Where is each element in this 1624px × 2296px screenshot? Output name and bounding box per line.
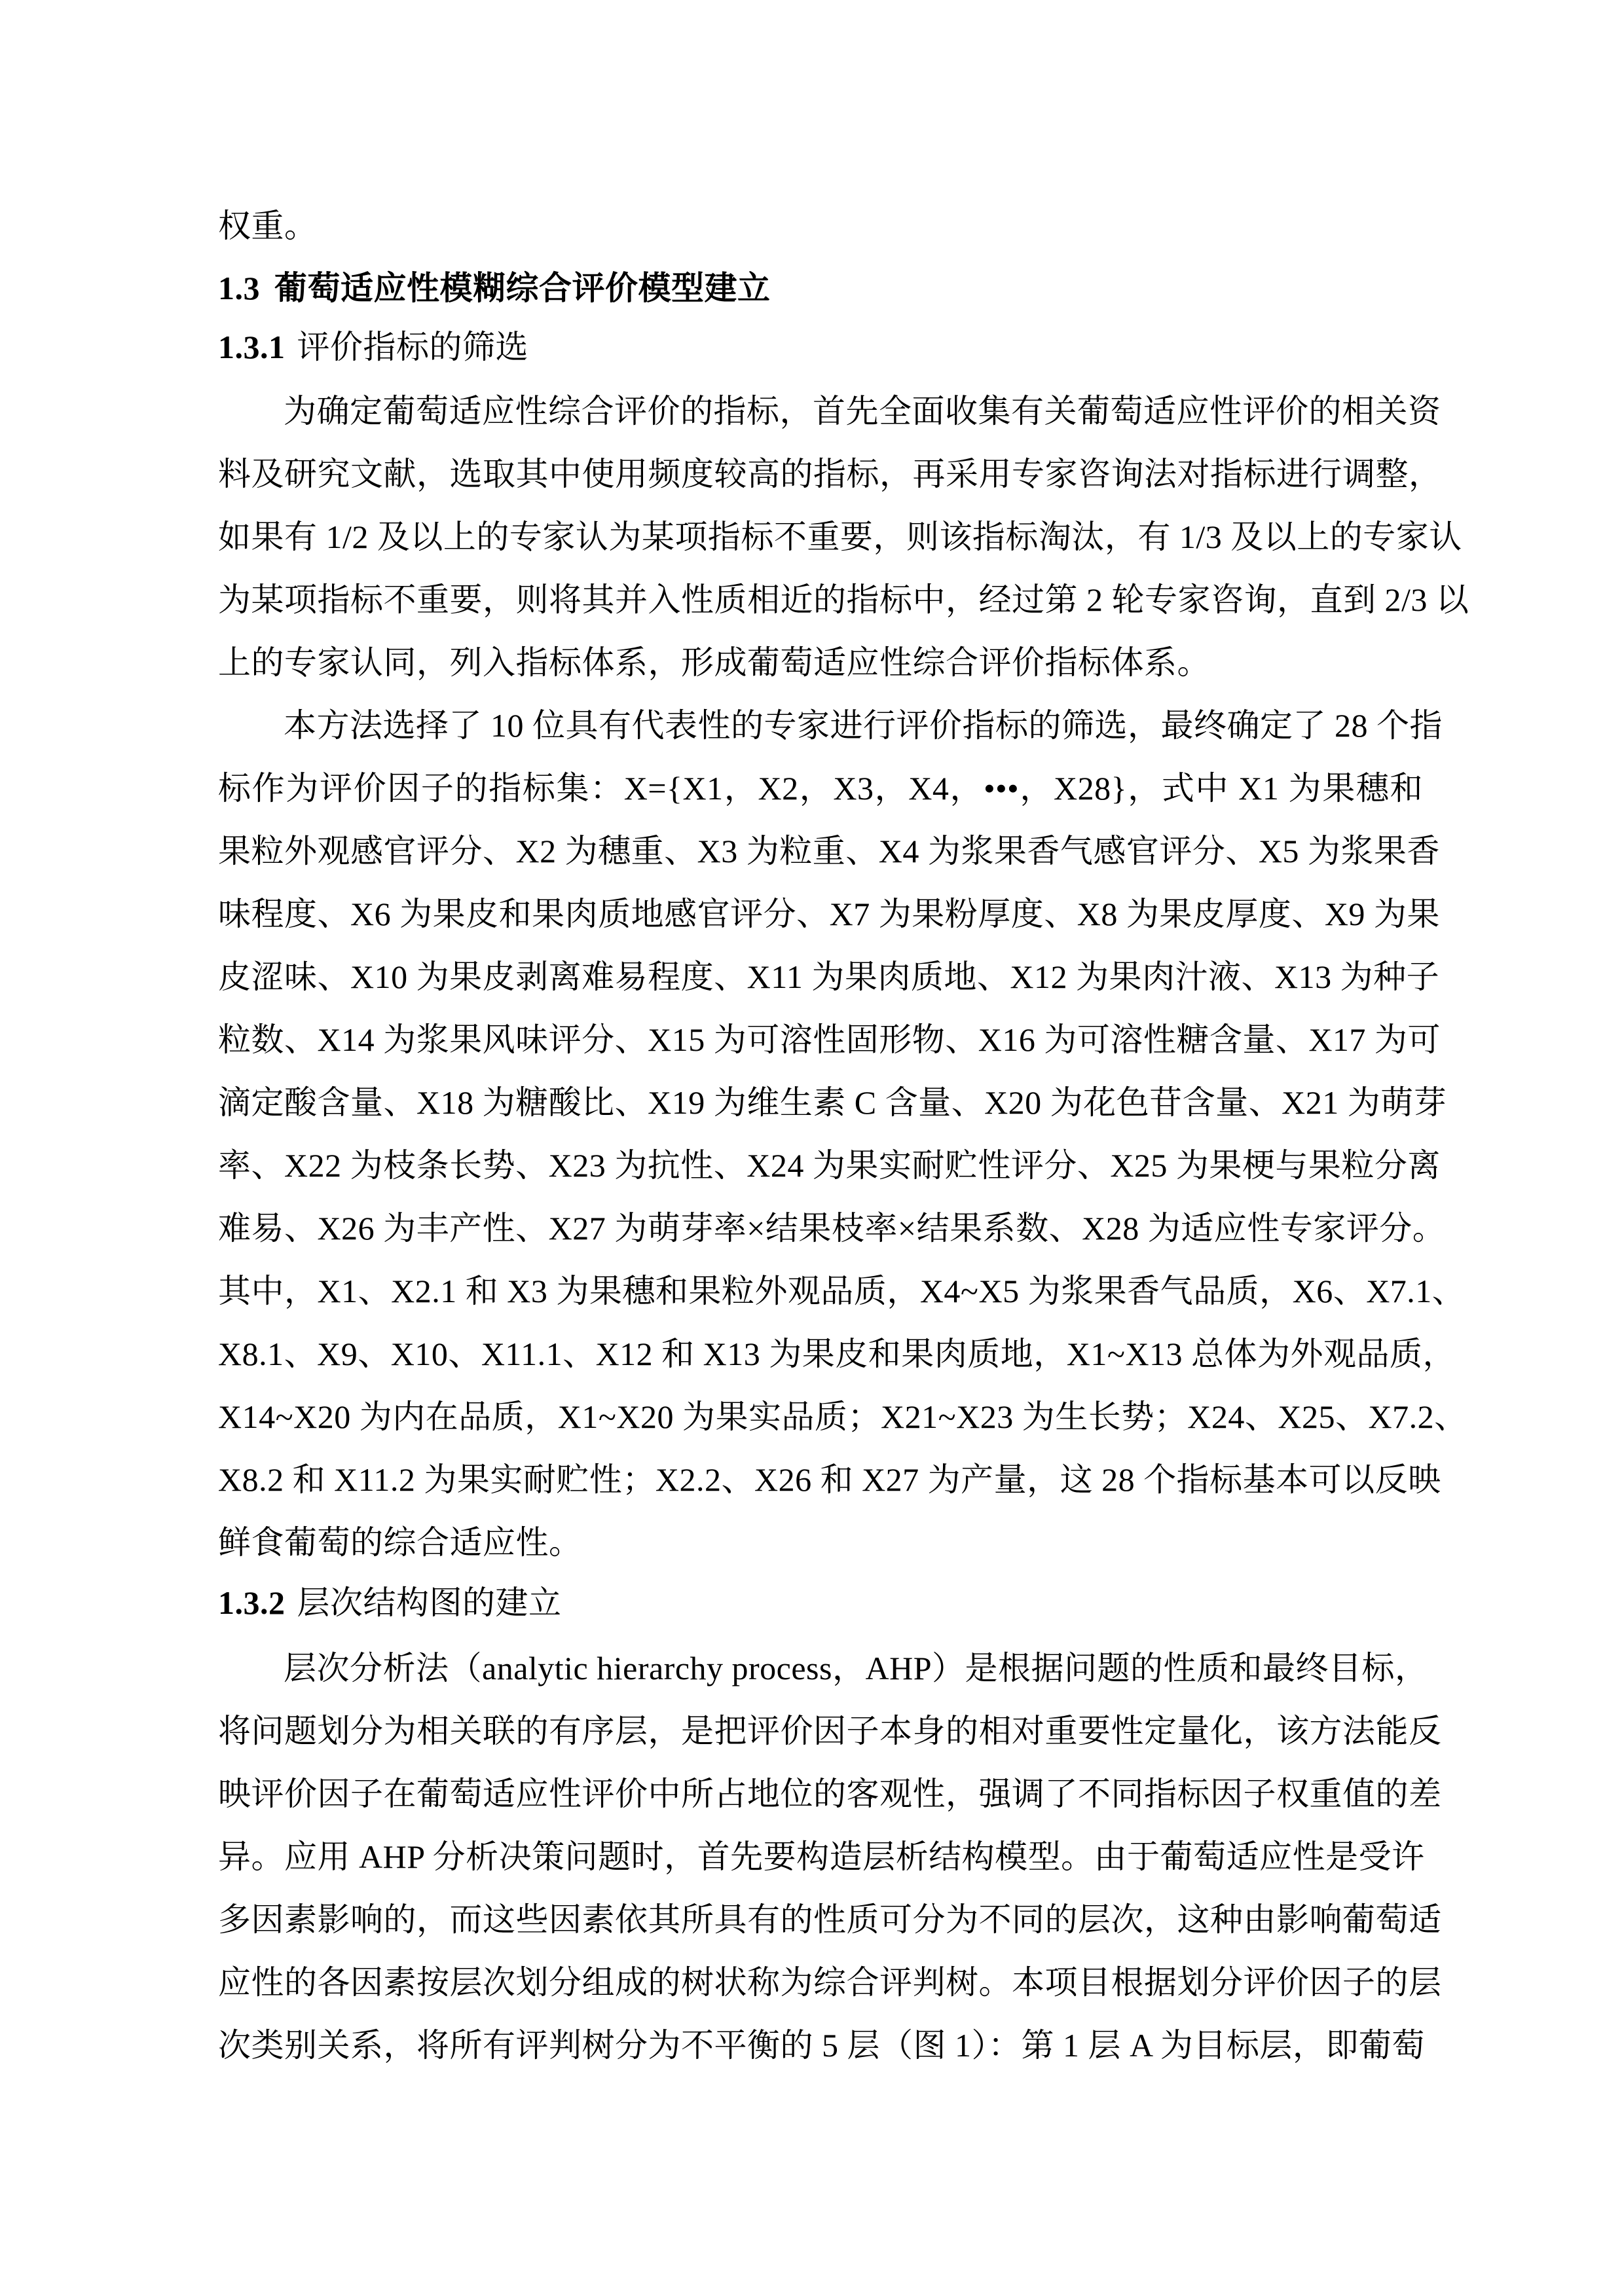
section-number: 1.3.1 — [218, 329, 286, 365]
section-title: 评价指标的筛选 — [297, 329, 529, 365]
paragraph-line: 次类别关系，将所有评判树分为不平衡的 5 层（图 1）：第 1 层 A 为目标层… — [218, 2026, 1423, 2065]
paragraph-line: 其中，X1、X2.1 和 X3 为果穗和果粒外观品质，X4~X5 为浆果香气品质… — [218, 1271, 1423, 1311]
paragraph-line: 为确定葡萄适应性综合评价的指标，首先全面收集有关葡萄适应性评价的相关资 — [284, 392, 1423, 431]
paragraph-line: 滴定酸含量、X18 为糖酸比、X19 为维生素 C 含量、X20 为花色苷含量、… — [218, 1083, 1423, 1122]
paragraph-line: 粒数、X14 为浆果风味评分、X15 为可溶性固形物、X16 为可溶性糖含量、X… — [218, 1020, 1423, 1059]
section-number: 1.3.2 — [218, 1584, 286, 1621]
paragraph-line: 多因素影响的，而这些因素依其所具有的性质可分为不同的层次，这种由影响葡萄适 — [218, 1900, 1423, 1939]
section-title: 层次结构图的建立 — [297, 1584, 562, 1621]
paragraph-line: 难易、X26 为丰产性、X27 为萌芽率×结果枝率×结果系数、X28 为适应性专… — [218, 1209, 1423, 1248]
section-heading-1-3: 1.3葡萄适应性模糊综合评价模型建立 — [218, 268, 1423, 308]
paragraph-line: 鲜食葡萄的综合适应性。 — [218, 1523, 1423, 1562]
paragraph-line: 料及研究文献，选取其中使用频度较高的指标，再采用专家咨询法对指标进行调整， — [218, 454, 1423, 494]
paragraph-line: 为某项指标不重要，则将其并入性质相近的指标中，经过第 2 轮专家咨询，直到 2/… — [218, 580, 1423, 619]
paragraph-line: 将问题划分为相关联的有序层，是把评价因子本身的相对重要性定量化，该方法能反 — [218, 1711, 1423, 1751]
paragraph-line: 本方法选择了 10 位具有代表性的专家进行评价指标的筛选，最终确定了 28 个指 — [284, 706, 1423, 745]
section-number: 1.3 — [218, 270, 260, 306]
section-heading-1-3-1: 1.3.1评价指标的筛选 — [218, 327, 1423, 367]
paragraph-line: 如果有 1/2 及以上的专家认为某项指标不重要，则该指标淘汰，有 1/3 及以上… — [218, 517, 1423, 556]
paragraph-line: 层次分析法（analytic hierarchy process，AHP）是根据… — [284, 1649, 1423, 1688]
paragraph-line: 异。应用 AHP 分析决策问题时，首先要构造层析结构模型。由于葡萄适应性是受许 — [218, 1837, 1423, 1876]
paragraph-line: 率、X22 为枝条长势、X23 为抗性、X24 为果实耐贮性评分、X25 为果梗… — [218, 1146, 1423, 1185]
paragraph-line: X8.1、X9、X10、X11.1、X12 和 X13 为果皮和果肉质地，X1~… — [218, 1334, 1423, 1374]
paragraph-line: 上的专家认同，列入指标体系，形成葡萄适应性综合评价指标体系。 — [218, 643, 1423, 682]
continuation-text: 权重。 — [218, 206, 1423, 246]
section-heading-1-3-2: 1.3.2层次结构图的建立 — [218, 1583, 1423, 1622]
paragraph-line: 味程度、X6 为果皮和果肉质地感官评分、X7 为果粉厚度、X8 为果皮厚度、X9… — [218, 894, 1423, 934]
paragraph-line: X14~X20 为内在品质，X1~X20 为果实品质；X21~X23 为生长势；… — [218, 1397, 1423, 1436]
section-title: 葡萄适应性模糊综合评价模型建立 — [274, 270, 771, 306]
document-page: 权重。 1.3葡萄适应性模糊综合评价模型建立 1.3.1评价指标的筛选 为确定葡… — [0, 0, 1624, 2296]
paragraph-line: 皮涩味、X10 为果皮剥离难易程度、X11 为果肉质地、X12 为果肉汁液、X1… — [218, 957, 1423, 996]
paragraph-line: 标作为评价因子的指标集：X={X1，X2，X3，X4，•••，X28}，式中 X… — [218, 769, 1423, 808]
paragraph-line: X8.2 和 X11.2 为果实耐贮性；X2.2、X26 和 X27 为产量，这… — [218, 1460, 1423, 1499]
paragraph-line: 果粒外观感官评分、X2 为穗重、X3 为粒重、X4 为浆果香气感官评分、X5 为… — [218, 831, 1423, 871]
paragraph-line: 映评价因子在葡萄适应性评价中所占地位的客观性，强调了不同指标因子权重值的差 — [218, 1774, 1423, 1813]
paragraph-line: 应性的各因素按层次划分组成的树状称为综合评判树。本项目根据划分评价因子的层 — [218, 1963, 1423, 2002]
